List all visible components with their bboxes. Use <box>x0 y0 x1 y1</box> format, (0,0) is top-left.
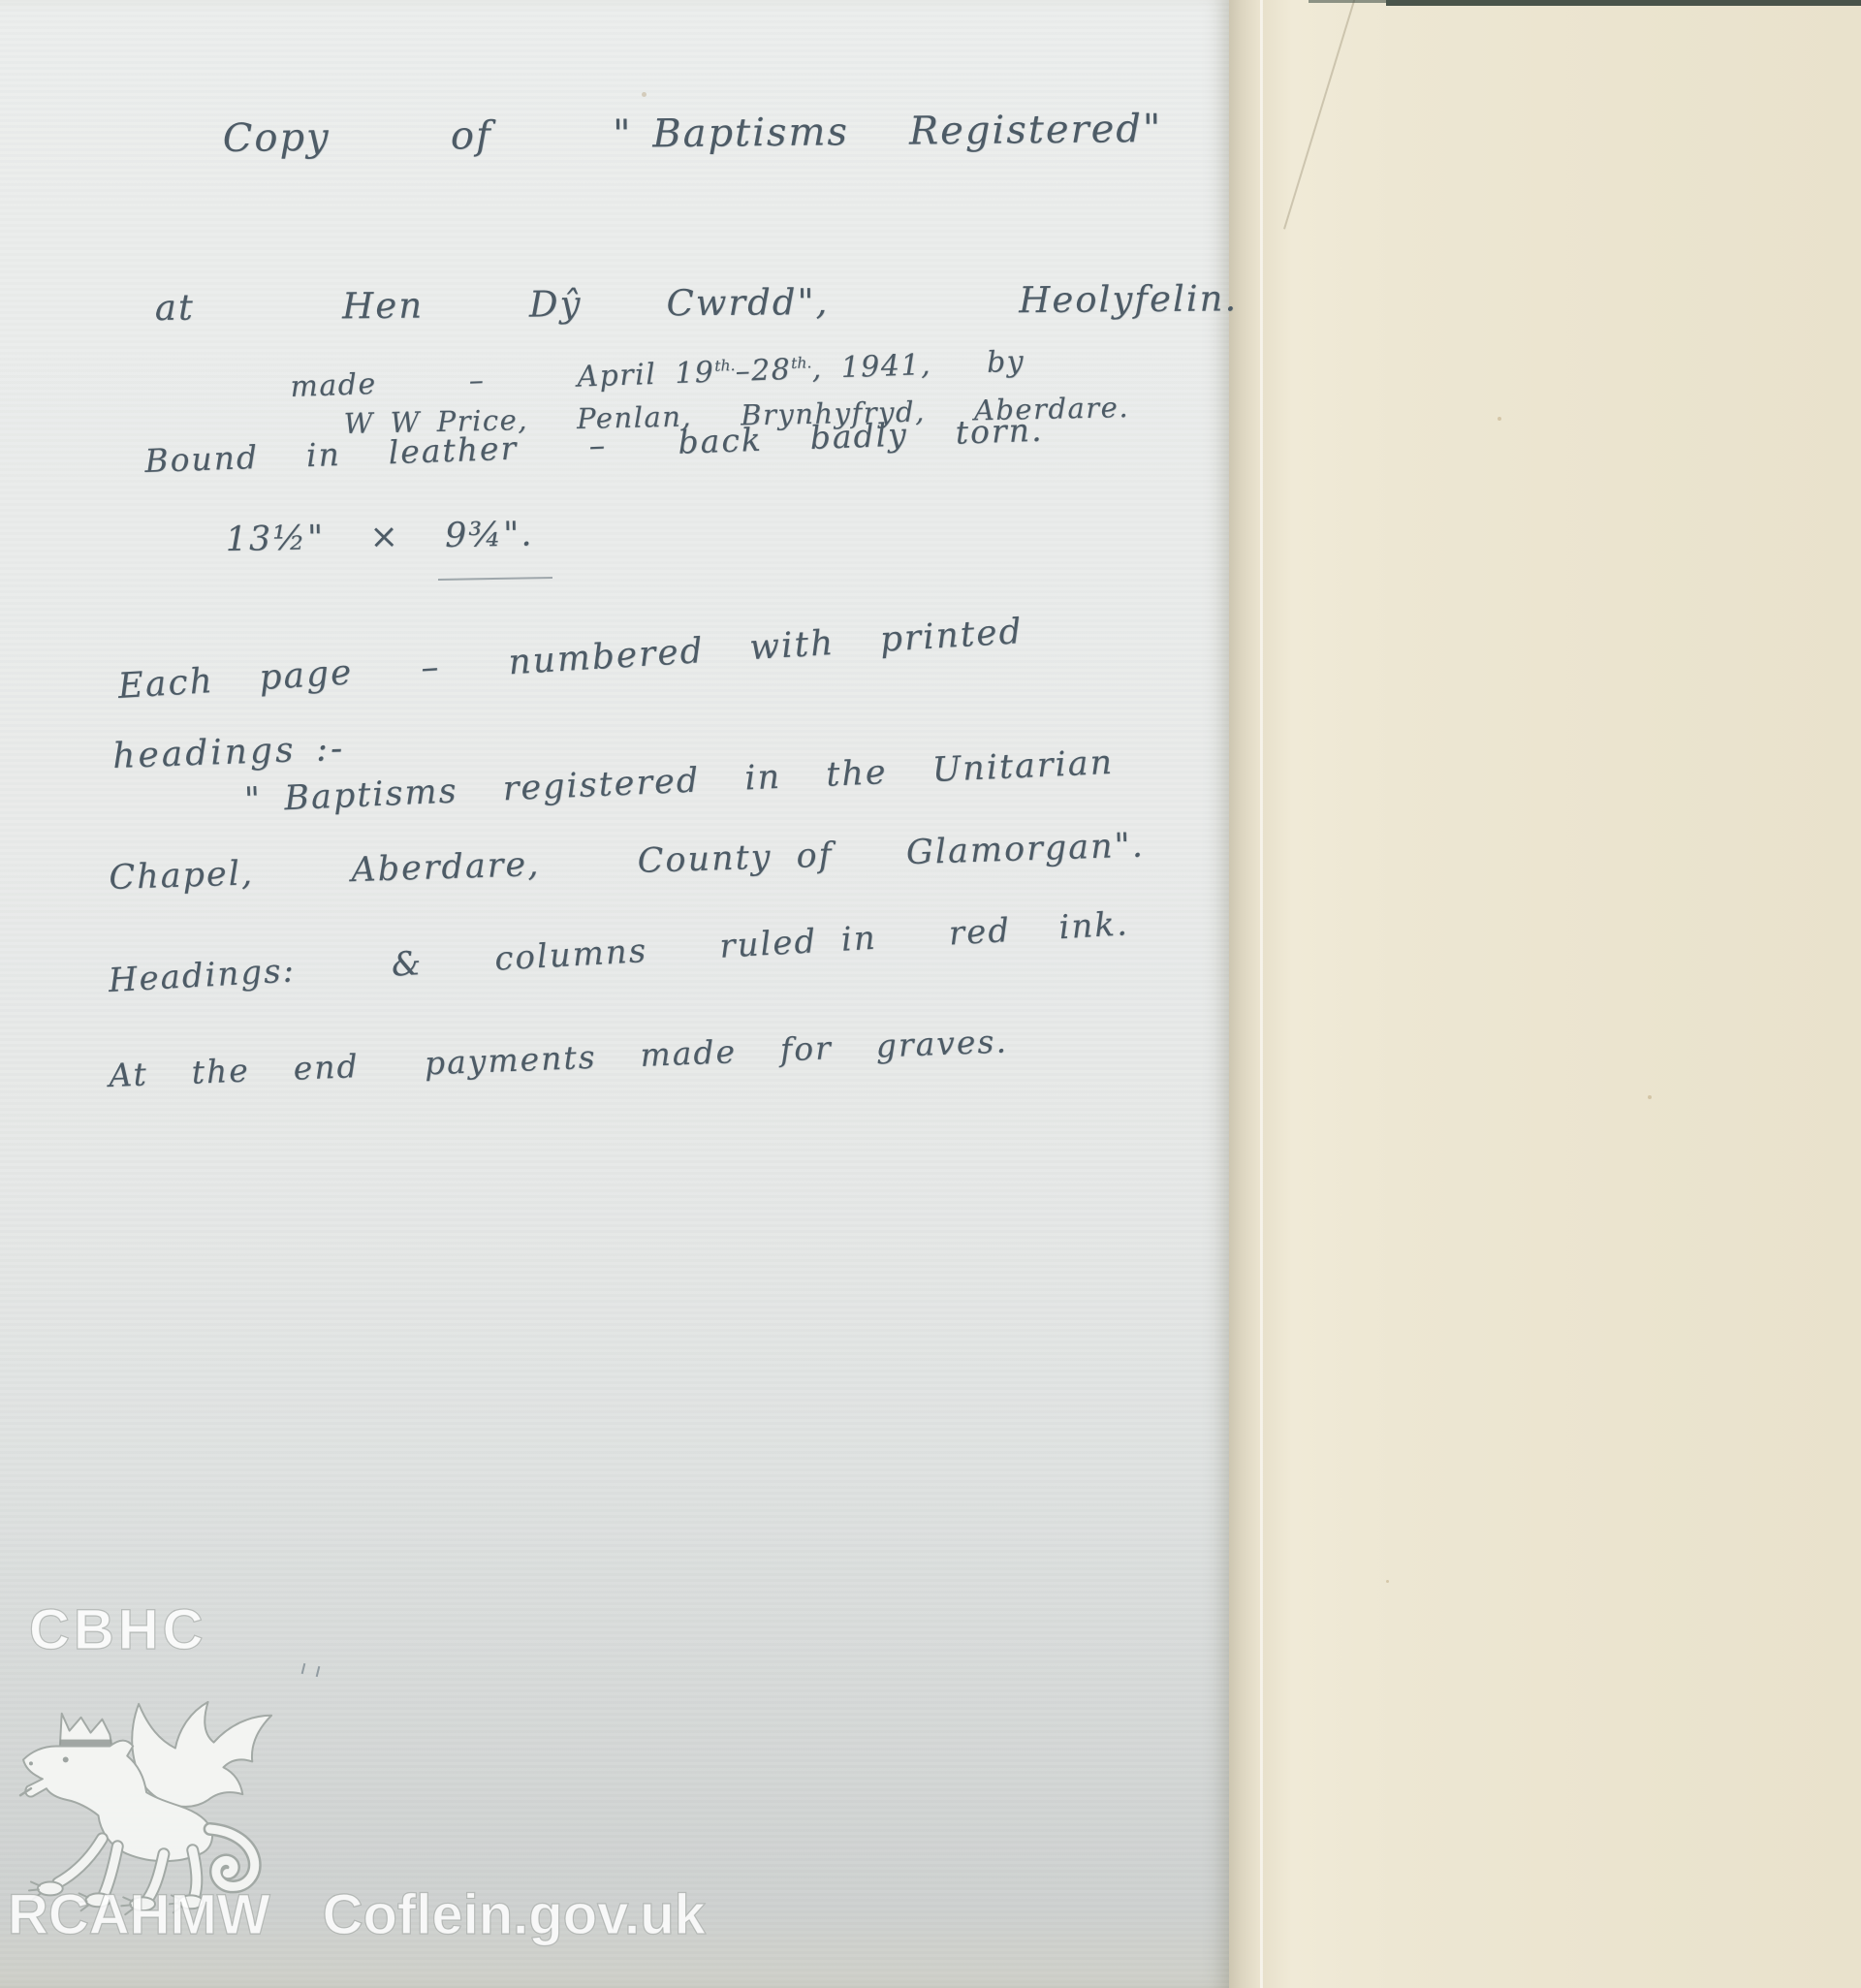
paper-speck <box>1386 1580 1389 1583</box>
watermark-coflein: Coflein.gov.uk <box>323 1882 706 1947</box>
paper-speck <box>1498 417 1501 421</box>
scan-edge-strip-faint <box>1309 0 1396 3</box>
ordinal-th: th. <box>791 354 812 372</box>
ordinal-th: th. <box>714 357 736 375</box>
right-page <box>1262 0 1861 1988</box>
watermark-footer: RCAHMW Coflein.gov.uk <box>8 1882 706 1947</box>
paper-speck <box>1648 1095 1652 1099</box>
handwritten-line-headings: headings :- <box>112 729 346 776</box>
handwritten-line-dimensions: 13½" × 9¾". <box>225 515 533 559</box>
made-range: –28 <box>735 353 792 389</box>
watermark-rcahmw: RCAHMW <box>8 1882 270 1947</box>
paper-speck <box>642 92 647 97</box>
document-scan: Copy of " Baptisms Registered" at Hen Dŷ… <box>0 0 1861 1988</box>
watermark-cbhc: CBHC <box>29 1597 207 1662</box>
fold-highlight <box>1260 0 1263 1988</box>
scan-edge-strip <box>1386 0 1861 6</box>
